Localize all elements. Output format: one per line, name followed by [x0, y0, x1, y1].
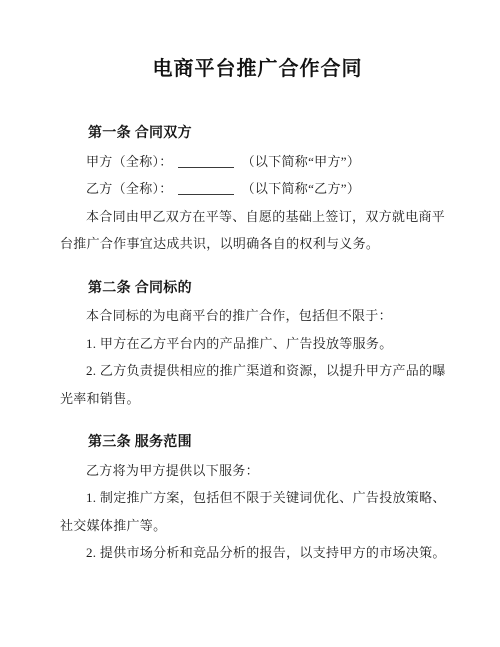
- party-a-blank-input[interactable]: [178, 155, 234, 168]
- party-a-label: 甲方（全称）：: [86, 154, 173, 169]
- section-contract-parties: 第一条 合同双方 甲方（全称）：（以下简称“甲方”） 乙方（全称）：（以下简称“…: [60, 120, 455, 258]
- section-3-paragraph-intro: 乙方将为甲方提供以下服务：: [60, 457, 455, 485]
- section-2-list-item-2: 2. 乙方负责提供相应的推广渠道和资源，以提升甲方产品的曝光率和销售。: [60, 357, 455, 412]
- document-title: 电商平台推广合作合同: [60, 54, 455, 84]
- party-a-line: 甲方（全称）：（以下简称“甲方”）: [60, 148, 455, 176]
- section-1-paragraph: 本合同由甲乙双方在平等、自愿的基础上签订，双方就电商平台推广合作事宜达成共识，以…: [60, 203, 455, 258]
- section-2-paragraph-intro: 本合同标的为电商平台的推广合作，包括但不限于：: [60, 302, 455, 330]
- section-service-scope: 第三条 服务范围 乙方将为甲方提供以下服务： 1. 制定推广方案，包括但不限于关…: [60, 429, 455, 567]
- section-3-heading: 第三条 服务范围: [60, 429, 455, 457]
- section-2-list-item-1: 1. 甲方在乙方平台内的产品推广、广告投放等服务。: [60, 330, 455, 358]
- section-3-list-item-1: 1. 制定推广方案，包括但不限于关键词优化、广告投放策略、社交媒体推广等。: [60, 484, 455, 539]
- section-1-heading: 第一条 合同双方: [60, 120, 455, 148]
- section-contract-subject: 第二条 合同标的 本合同标的为电商平台的推广合作，包括但不限于： 1. 甲方在乙…: [60, 275, 455, 413]
- party-b-suffix: （以下简称“乙方”）: [242, 181, 361, 196]
- party-b-line: 乙方（全称）：（以下简称“乙方”）: [60, 175, 455, 203]
- party-b-label: 乙方（全称）：: [86, 181, 173, 196]
- section-2-heading: 第二条 合同标的: [60, 275, 455, 303]
- section-3-list-item-2: 2. 提供市场分析和竞品分析的报告，以支持甲方的市场决策。: [60, 539, 455, 567]
- party-b-blank-input[interactable]: [178, 182, 234, 195]
- contract-document-page: 电商平台推广合作合同 第一条 合同双方 甲方（全称）：（以下简称“甲方”） 乙方…: [0, 0, 500, 647]
- party-a-suffix: （以下简称“甲方”）: [242, 154, 361, 169]
